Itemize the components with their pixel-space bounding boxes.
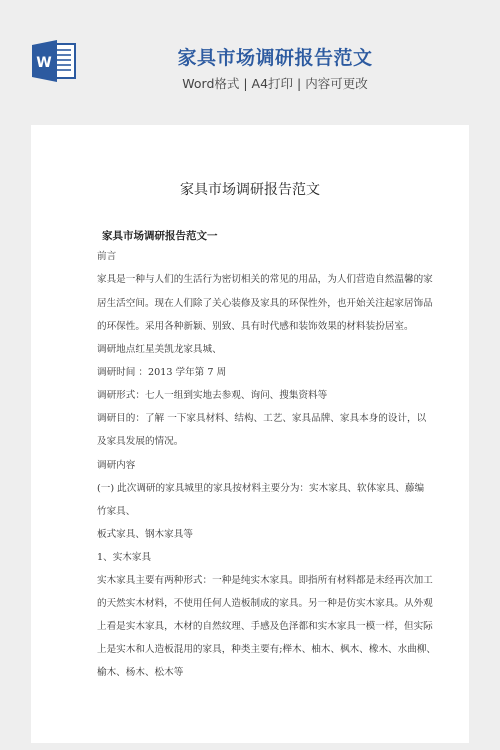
paragraph-line: 的环保性。采用各种新颖、别致、具有时代感和装饰效果的材料装扮居室。: [97, 320, 414, 334]
header-subtitle: Word格式 | A4打印 | 内容可更改: [170, 74, 380, 92]
paragraph-line: 家具是一种与人们的生活行为密切相关的常见的用品，为人们营造自然温馨的家: [97, 273, 433, 287]
paragraph-line: 上是实木和人造板混用的家具，种类主要有;榉木、柚木、枫木、橡木、水曲柳、: [97, 643, 436, 657]
paragraph-line: 实木家具主要有两种形式：一种是纯实木家具。即指所有材料都是未经再次加工: [97, 574, 433, 588]
document-subheading: 家具市场调研报告范文一: [102, 228, 218, 243]
paragraph-line: 竹家具、: [97, 505, 135, 519]
research-form: 调研形式：七人一组到实地去参观、询问、搜集资料等: [97, 389, 327, 403]
svg-text:W: W: [36, 55, 51, 71]
word-icon: W: [31, 40, 77, 82]
research-purpose: 调研目的：了解 一下家具材料、结构、工艺、家具品牌、家具本身的设计，以: [97, 412, 426, 426]
header: W 家具市场调研报告范文 Word格式 | A4打印 | 内容可更改: [0, 0, 500, 120]
paragraph-line: 居生活空间。现在人们除了关心装修及家具的环保性外，也开始关注起家居饰品: [97, 297, 433, 311]
section-heading-content: 调研内容: [97, 459, 135, 473]
paragraph-line: 板式家具、钢木家具等: [97, 528, 193, 542]
document-page: 家具市场调研报告范文 家具市场调研报告范文一 前言 家具是一种与人们的生活行为密…: [31, 125, 469, 743]
research-location: 调研地点红星美凯龙家具城、: [97, 343, 222, 357]
paragraph-line: 的天然实木材料，不使用任何人造板制成的家具。另一种是仿实木家具。从外观: [97, 597, 433, 611]
paragraph-line: 及家具发展的情况。: [97, 435, 183, 449]
paragraph-line: 榆木、杨木、松木等: [97, 666, 183, 680]
paragraph-line: (一) 此次调研的家具城里的家具按材料主要分为：实木家具、软体家具、藤编: [97, 482, 424, 496]
paragraph-line: 上看是实木家具，木材的自然纹理、手感及色泽都和实木家具一模一样，但实际: [97, 620, 433, 634]
section-heading-preface: 前言: [97, 250, 116, 264]
section-heading-solid-wood: 1、实木家具: [97, 551, 151, 565]
research-time: 调研时间 ：2013 学年第 7 周: [97, 366, 226, 380]
document-title: 家具市场调研报告范文: [31, 179, 469, 199]
header-title: 家具市场调研报告范文: [170, 43, 380, 70]
